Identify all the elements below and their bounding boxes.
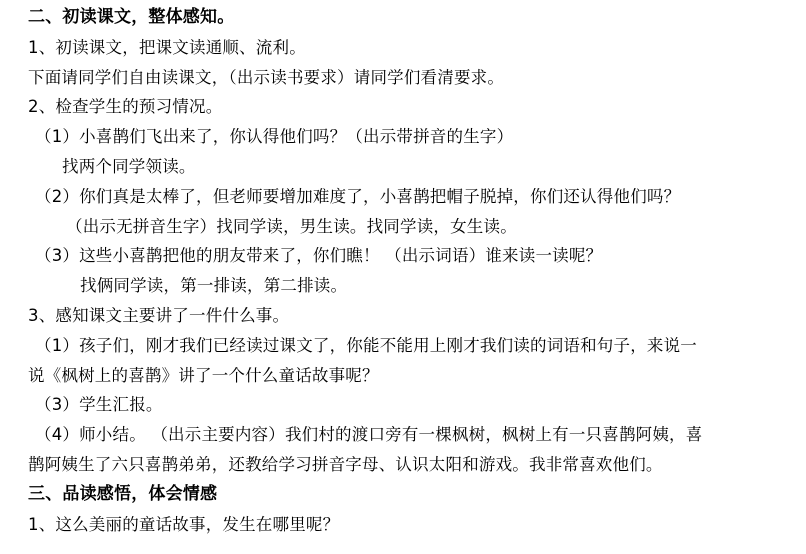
text-line: 3、感知课文主要讲了一件什么事。 [0, 301, 806, 331]
text-line: （1）小喜鹊们飞出来了，你认得他们吗？（出示带拼音的生字） [0, 122, 806, 152]
text-line: 下面请同学们自由读课文，（出示读书要求）请同学们看清要求。 [0, 63, 806, 93]
text-line: 鹊阿姨生了六只喜鹊弟弟，还教给学习拼音字母、认识太阳和游戏。我非常喜欢他们。 [0, 450, 806, 480]
section-heading: 三、品读感悟，体会情感 [0, 480, 806, 510]
text-line: （出示无拼音生字）找同学读，男生读。找同学读，女生读。 [0, 212, 806, 242]
text-line: （3）学生汇报。 [0, 390, 806, 420]
text-line: （4）师小结。 （出示主要内容）我们村的渡口旁有一棵枫树，枫树上有一只喜鹊阿姨，… [0, 420, 806, 450]
text-line: 找俩同学读，第一排读，第二排读。 [0, 271, 806, 301]
lesson-plan-document: 二、初读课文，整体感知。 1、初读课文，把课文读通顺、流利。 下面请同学们自由读… [0, 0, 806, 539]
text-line: 找两个同学领读。 [0, 152, 806, 182]
text-line: 2、检查学生的预习情况。 [0, 92, 806, 122]
text-line: （2）你们真是太棒了，但老师要增加难度了，小喜鹊把帽子脱掉，你们还认得他们吗？ [0, 182, 806, 212]
text-line: 1、这么美丽的童话故事，发生在哪里呢？ [0, 510, 806, 540]
section-heading: 二、初读课文，整体感知。 [0, 3, 806, 33]
text-line: （1）孩子们，刚才我们已经读过课文了，你能不能用上刚才我们读的词语和句子，来说一 [0, 331, 806, 361]
document-page: { "document": { "background_color": "#ff… [0, 0, 806, 554]
text-line: 说《枫树上的喜鹊》讲了一个什么童话故事呢？ [0, 361, 806, 391]
text-line: 1、初读课文，把课文读通顺、流利。 [0, 33, 806, 63]
text-line: （3）这些小喜鹊把他的朋友带来了，你们瞧！ （出示词语）谁来读一读呢？ [0, 241, 806, 271]
